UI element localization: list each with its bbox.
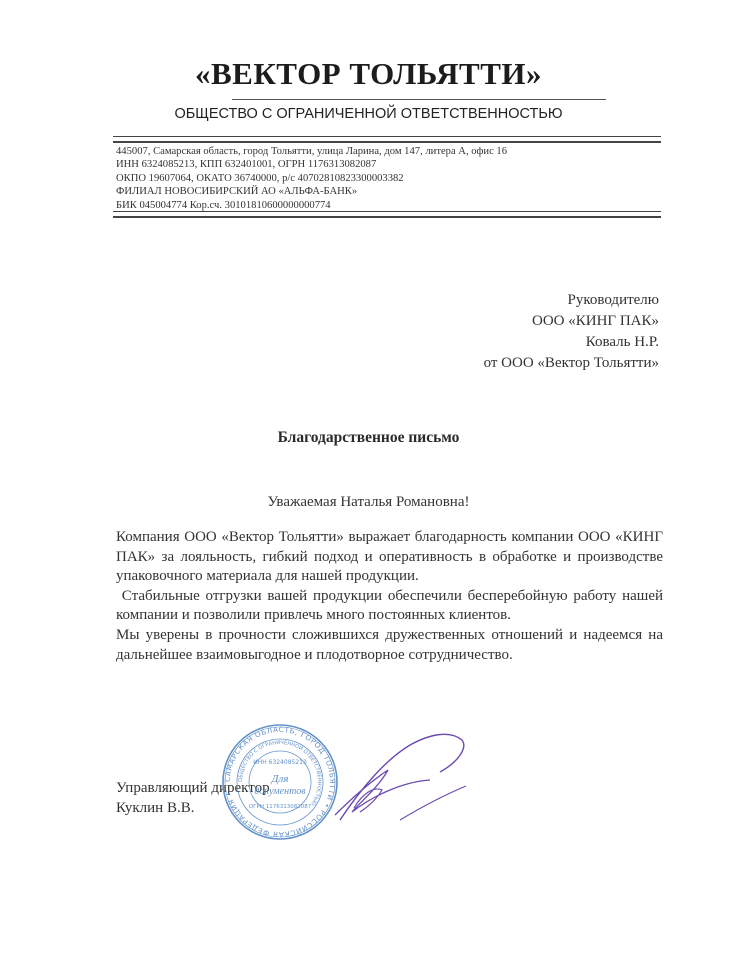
requisites-tax-ids: ИНН 6324085213, КПП 632401001, ОГРН 1176…	[116, 158, 507, 171]
header-divider	[232, 99, 606, 100]
salutation: Уважаемая Наталья Романовна!	[0, 494, 737, 511]
svg-text:Для: Для	[271, 773, 289, 785]
handwritten-signature-icon	[290, 720, 470, 840]
company-requisites: 445007, Самарская область, город Тольятт…	[116, 145, 507, 212]
addressee-name: Коваль Н.Р.	[484, 332, 659, 353]
body-paragraph: Мы уверены в прочности сложившихся друже…	[116, 626, 663, 665]
letter-title: Благодарственное письмо	[0, 429, 737, 447]
requisites-bottom-divider	[113, 211, 661, 218]
addressee-block: Руководителю ООО «КИНГ ПАК» Коваль Н.Р. …	[484, 290, 659, 374]
letter-body: Компания ООО «Вектор Тольятти» выражает …	[116, 528, 663, 665]
body-paragraph: Компания ООО «Вектор Тольятти» выражает …	[116, 528, 663, 587]
requisites-bank: ФИЛИАЛ НОВОСИБИРСКИЙ АО «АЛЬФА-БАНК»	[116, 185, 507, 198]
requisites-codes: ОКПО 19607064, ОКАТО 36740000, р/с 40702…	[116, 172, 507, 185]
body-paragraph: Стабильные отгрузки вашей продукции обес…	[116, 587, 663, 626]
sender-line: от ООО «Вектор Тольятти»	[484, 353, 659, 374]
requisites-top-divider	[113, 136, 661, 143]
addressee-company: ООО «КИНГ ПАК»	[484, 311, 659, 332]
requisites-address: 445007, Самарская область, город Тольятт…	[116, 145, 507, 158]
addressee-title: Руководителю	[484, 290, 659, 311]
company-legal-form: ОБЩЕСТВО С ОГРАНИЧЕННОЙ ОТВЕТСТВЕННОСТЬЮ	[0, 106, 737, 122]
company-name: «ВЕКТОР ТОЛЬЯТТИ»	[0, 56, 737, 92]
